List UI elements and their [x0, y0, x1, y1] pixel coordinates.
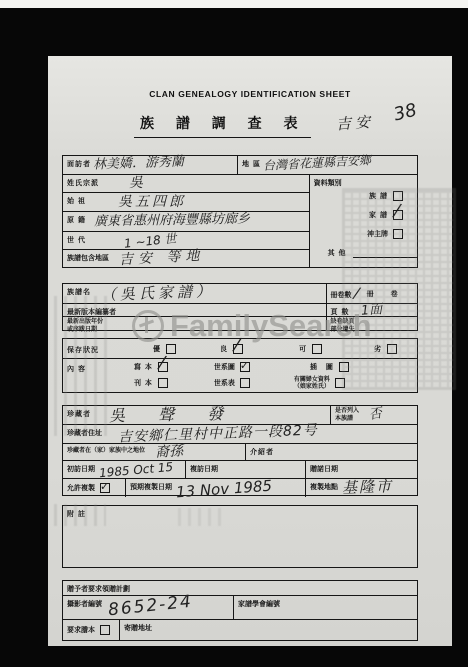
request-transcript-label: 要求謄本	[63, 625, 97, 635]
lineage-chart-label: 世系圖	[210, 362, 237, 372]
family-genealogy-checkbox: /	[393, 210, 403, 220]
family-genealogy-label: 家 譜	[365, 210, 390, 220]
region-value: 台灣省花蓮縣吉安鄉	[263, 154, 371, 172]
donor-plan-label: 贈予者要求領贈計劃	[63, 581, 132, 594]
listed-label-line1: 是否列入	[335, 408, 359, 414]
allow-copy-checkbox: ✓	[100, 483, 110, 493]
content-label: 內 容	[63, 361, 88, 374]
publish-date-label-line1: 最新出版年份	[67, 319, 103, 325]
category-column: 資料類別 族 譜 / 家 譜 / 神主牌 / 其 他	[309, 175, 417, 268]
collector-table: 珍藏者 吳 聲 發 是否列入 本族譜 否 珍藏者住址 吉安鄉仁里村中正路一段82…	[62, 405, 418, 496]
illustrations-checkbox: /	[339, 362, 349, 372]
listed-value: 否	[368, 407, 383, 422]
survey-table: 面訪者 林美嬌．游秀蘭 地 區 台灣省花蓮縣吉安鄉 姓氏宗派 吳 始 祖 吳五四…	[62, 155, 418, 268]
condition-good-checkbox: /	[233, 344, 243, 354]
photographer-no-label: 攝影者編號	[63, 596, 104, 609]
copy-place-value: 基隆市	[342, 479, 394, 496]
scanned-document-viewport: { "header": { "english_title": "CLAN GEN…	[0, 0, 468, 667]
missing-pages-label-line1: 缺卷缺頁	[331, 319, 355, 325]
notes-label: 附 註	[63, 506, 88, 519]
chinese-title: 族 譜 調 查 表	[134, 113, 311, 138]
book-name-label: 族譜名	[63, 284, 93, 297]
copy-place-label: 複製地點	[306, 479, 340, 492]
other-category-line	[353, 248, 417, 258]
missing-pages-label: 缺卷缺頁 部分遺失	[327, 317, 357, 334]
handwritten-number-annotation: 38	[392, 101, 419, 124]
region-label: 地 區	[238, 156, 263, 169]
notes-box: 附 註	[62, 505, 418, 568]
manuscript-checkbox: /	[158, 362, 168, 372]
request-transcript-checkbox: /	[100, 625, 110, 635]
form-page: CLAN GENEALOGY IDENTIFICATION SHEET 族 譜 …	[48, 56, 452, 646]
interviewer-label: 面訪者	[63, 156, 93, 169]
surname-label: 姓氏宗派	[63, 175, 101, 188]
condition-good-label: 良	[216, 344, 230, 354]
generations-value: 1 ~18 世	[123, 232, 177, 249]
first-visit-label: 初訪日期	[63, 461, 97, 474]
collector-name-label: 珍藏者	[63, 406, 93, 419]
volumes-unit1: 冊	[363, 289, 377, 299]
revisit-label: 複訪日期	[186, 461, 220, 474]
ancestral-tablet-checkbox: /	[393, 229, 403, 239]
printed-edition-label: 刊 本	[130, 378, 155, 388]
publish-date-label-line2: 或序跋日期	[67, 327, 97, 333]
origin-label: 原 籍	[63, 212, 88, 225]
copy-date-label: 預期複製日期	[126, 479, 174, 492]
clan-genealogy-checkbox: /	[393, 191, 403, 201]
condition-fair-checkbox: /	[312, 344, 322, 354]
condition-poor-checkbox: /	[387, 344, 397, 354]
illustrations-label: 插 圖	[306, 362, 336, 372]
other-category-label: 其 他	[324, 248, 349, 258]
condition-fair-label: 可	[295, 344, 309, 354]
origin-value: 廣東省惠州府海豐縣坊廊乡	[94, 213, 250, 229]
volumes-label: 冊卷數	[327, 287, 354, 300]
lineage-chart-checkbox: ✓	[240, 362, 250, 372]
condition-excellent-checkbox: /	[166, 344, 176, 354]
women-info-checkbox: /	[335, 378, 345, 388]
ancestor-label: 始 祖	[63, 193, 88, 206]
scan-edge-strip	[0, 0, 468, 8]
clan-genealogy-label: 族 譜	[365, 191, 390, 201]
position-label: 珍藏者在（家）家族中之地位	[63, 444, 147, 456]
pages-value: 1面	[361, 303, 383, 317]
category-header: 資料類別	[310, 175, 417, 188]
handwritten-place-annotation: 吉安	[336, 115, 375, 133]
volumes-unit2: 卷	[387, 289, 401, 299]
women-info-label-line2: （娘家姓氏）	[294, 384, 330, 390]
coverage-value: 吉安 等地	[119, 249, 205, 267]
surname-value: 吳	[129, 176, 143, 190]
condition-table: 保存狀況 優 / 良 / 可 / 劣 / 內 容 寫 本	[62, 338, 418, 393]
publish-date-label: 最新出版年份 或序跋日期	[63, 317, 105, 334]
condition-poor-label: 劣	[370, 344, 384, 354]
ancestral-tablet-label: 神主牌	[363, 229, 390, 239]
first-visit-value: 1985 Oct 15	[99, 461, 174, 479]
address-label: 珍藏者住址	[63, 425, 104, 438]
women-info-label: 有關婦女資料 （娘家姓氏）	[290, 375, 332, 392]
manuscript-label: 寫 本	[130, 362, 155, 372]
condition-label: 保存狀況	[63, 342, 101, 355]
position-value: 裔孫	[155, 444, 184, 459]
book-name-value: （吳氏家譜）	[101, 284, 215, 303]
book-table: 族譜名 （吳氏家譜） 最新版本編纂者 最新出版年份 或序跋日期 冊卷	[62, 283, 418, 331]
send-address-label: 寄贈地址	[120, 620, 154, 633]
women-info-label-line1: 有關婦女資料	[294, 377, 330, 383]
society-no-label: 家譜學會編號	[234, 596, 282, 609]
lineage-table-checkbox: /	[240, 378, 250, 388]
collector-name-value: 吳 聲 發	[109, 406, 237, 424]
interviewer-value: 林美嬌．游秀蘭	[93, 155, 184, 171]
printed-edition-checkbox: /	[158, 378, 168, 388]
address-value: 吉安鄉仁里村中正路一段82号	[118, 424, 318, 445]
copy-date-value: 13 Nov 1985	[176, 479, 273, 501]
ancestor-value: 吳五四郎	[118, 195, 186, 209]
pages-label: 頁 數	[327, 304, 352, 317]
allow-copy-label: 允許複製	[63, 483, 97, 493]
listed-label: 是否列入 本族譜	[331, 406, 361, 423]
gift-visit-label: 贈諾日期	[306, 461, 340, 474]
listed-label-line2: 本族譜	[335, 416, 353, 422]
introducer-label: 介紹者	[246, 444, 276, 457]
photographer-no-value: 8652-24	[107, 594, 193, 620]
missing-pages-label-line2: 部分遺失	[331, 327, 355, 333]
footer-table: 贈予者要求領贈計劃 攝影者編號 8652-24 家譜學會編號 要求謄本 / 寄贈…	[62, 580, 418, 641]
compiler-label: 最新版本編纂者	[63, 304, 118, 317]
generations-label: 世 代	[63, 232, 88, 245]
english-title: CLAN GENEALOGY IDENTIFICATION SHEET	[48, 89, 452, 99]
volumes-value: ∕	[352, 286, 359, 302]
lineage-table-label: 世系表	[210, 378, 237, 388]
coverage-label: 族譜包含地區	[63, 250, 111, 263]
